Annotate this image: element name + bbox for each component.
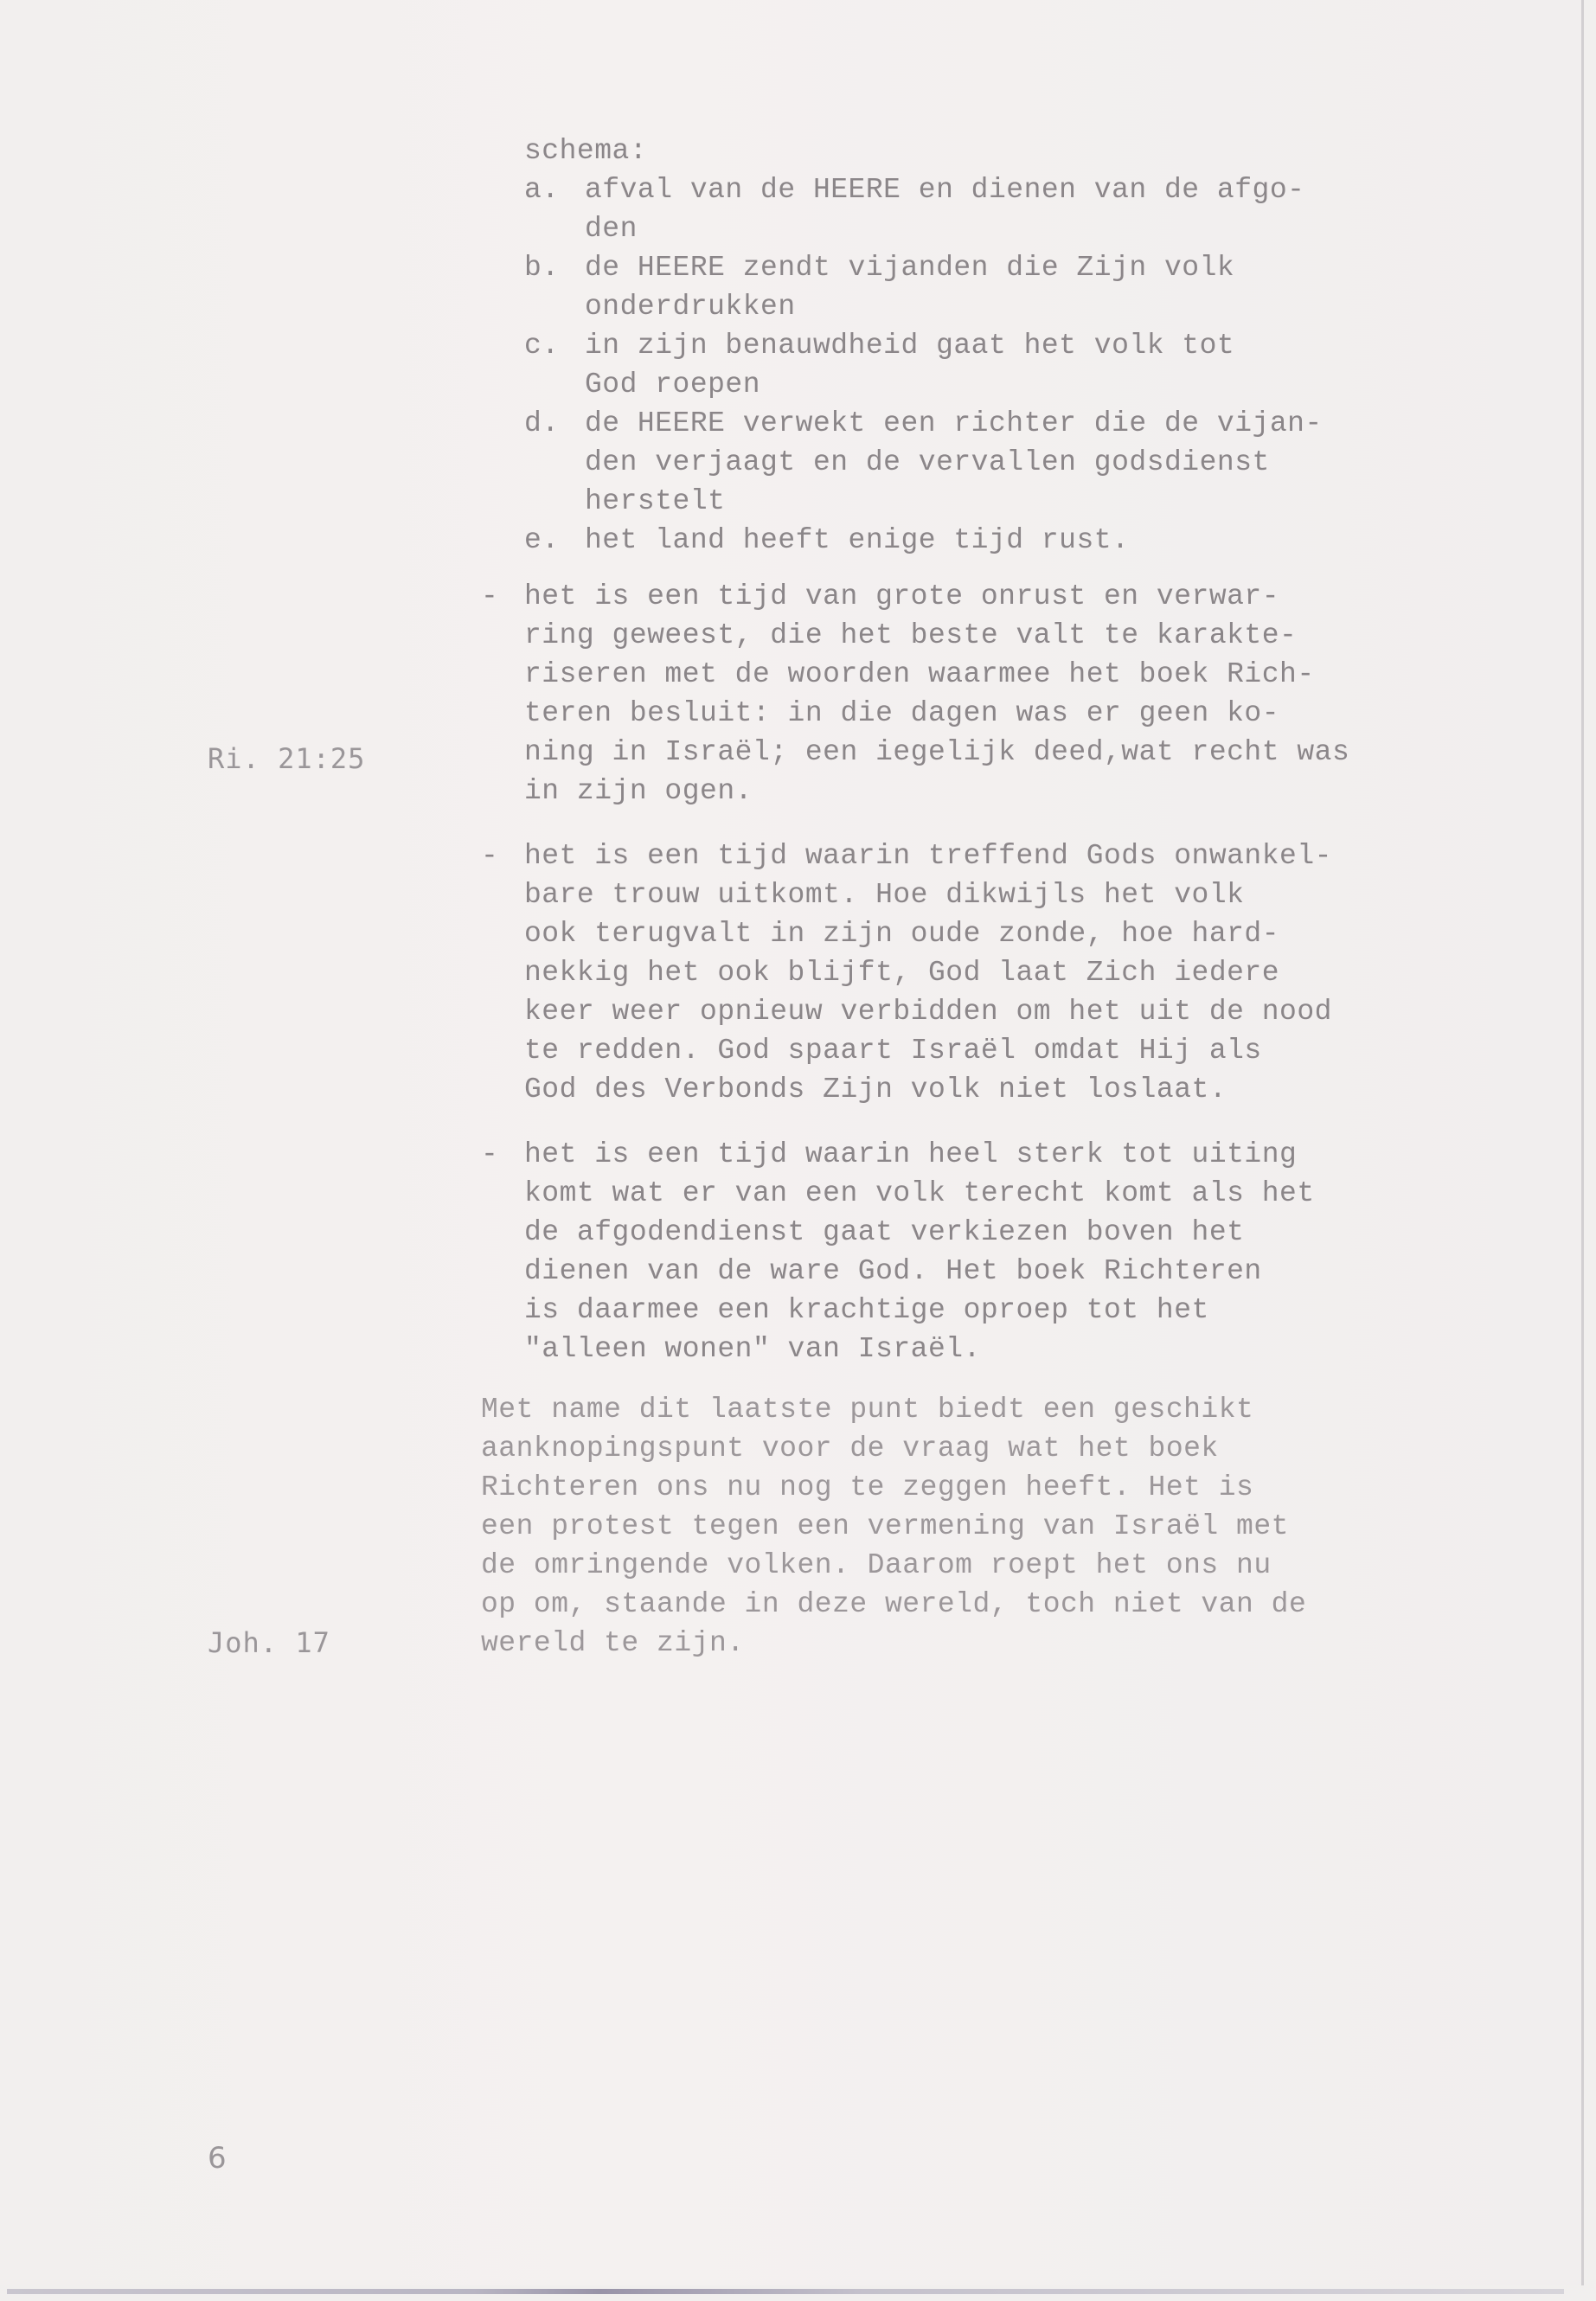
document-page: schema: a. afval van de HEERE en dienen …	[0, 0, 1584, 2285]
schema-heading: schema:	[524, 131, 647, 170]
bullet-line: dienen van de ware God. Het boek Richter…	[524, 1252, 1262, 1291]
schema-marker: c.	[524, 326, 560, 365]
paragraph-line: wereld te zijn.	[481, 1624, 745, 1663]
bullet-line: "alleen wonen" van Israël.	[524, 1330, 981, 1368]
bullet-line: ook terugvalt in zijn oude zonde, hoe ha…	[524, 914, 1279, 953]
bullet-dash: -	[481, 836, 498, 875]
schema-marker: d.	[524, 404, 560, 443]
paragraph-line: een protest tegen een vermening van Isra…	[481, 1507, 1289, 1546]
bullet-line: God des Verbonds Zijn volk niet loslaat.	[524, 1070, 1227, 1109]
schema-line: in zijn benauwdheid gaat het volk tot	[585, 326, 1234, 365]
bullet-line: het is een tijd waarin heel sterk tot ui…	[524, 1135, 1297, 1174]
schema-marker: e.	[524, 521, 560, 560]
schema-marker: b.	[524, 248, 560, 287]
bullet-line: komt wat er van een volk terecht komt al…	[524, 1174, 1315, 1213]
bullet-line: ring geweest, die het beste valt te kara…	[524, 616, 1297, 655]
schema-marker: a.	[524, 170, 560, 209]
bullet-line: bare trouw uitkomt. Hoe dikwijls het vol…	[524, 875, 1244, 914]
bullet-line: te redden. God spaart Israël omdat Hij a…	[524, 1031, 1262, 1070]
paragraph-line: op om, staande in deze wereld, toch niet…	[481, 1585, 1306, 1624]
schema-line: God roepen	[585, 365, 760, 404]
schema-line: afval van de HEERE en dienen van de afgo…	[585, 170, 1304, 209]
paragraph-line: Richteren ons nu nog te zeggen heeft. He…	[481, 1468, 1253, 1507]
margin-reference: Ri. 21:25	[208, 740, 365, 779]
paragraph-line: Met name dit laatste punt biedt een gesc…	[481, 1390, 1253, 1429]
bullet-line: in zijn ogen.	[524, 772, 753, 811]
bullet-line: is daarmee een krachtige oproep tot het	[524, 1291, 1209, 1330]
page-bottom-edge	[7, 2289, 1564, 2294]
bullet-line: het is een tijd van grote onrust en verw…	[524, 577, 1279, 616]
paragraph-line: de omringende volken. Daarom roept het o…	[481, 1546, 1272, 1585]
bullet-line: teren besluit: in die dagen was er geen …	[524, 694, 1279, 733]
paragraph-line: aanknopingspunt voor de vraag wat het bo…	[481, 1429, 1219, 1468]
schema-line: het land heeft enige tijd rust.	[585, 521, 1129, 560]
schema-line: de HEERE verwekt een richter die de vija…	[585, 404, 1323, 443]
bullet-dash: -	[481, 1135, 498, 1174]
schema-line: de HEERE zendt vijanden die Zijn volk	[585, 248, 1234, 287]
bullet-dash: -	[481, 577, 498, 616]
page-number: 6	[208, 2139, 227, 2178]
bullet-line: het is een tijd waarin treffend Gods onw…	[524, 836, 1332, 875]
bullet-line: de afgodendienst gaat verkiezen boven he…	[524, 1213, 1244, 1252]
schema-line: herstelt	[585, 482, 725, 521]
schema-line: den	[585, 209, 638, 248]
bullet-line: ning in Israël; een iegelijk deed,wat re…	[524, 733, 1349, 772]
bullet-line: nekkig het ook blijft, God laat Zich ied…	[524, 953, 1279, 992]
schema-line: den verjaagt en de vervallen godsdienst	[585, 443, 1270, 482]
bullet-line: riseren met de woorden waarmee het boek …	[524, 655, 1315, 694]
schema-line: onderdrukken	[585, 287, 796, 326]
bullet-line: keer weer opnieuw verbidden om het uit d…	[524, 992, 1332, 1031]
margin-reference: Joh. 17	[208, 1624, 330, 1663]
